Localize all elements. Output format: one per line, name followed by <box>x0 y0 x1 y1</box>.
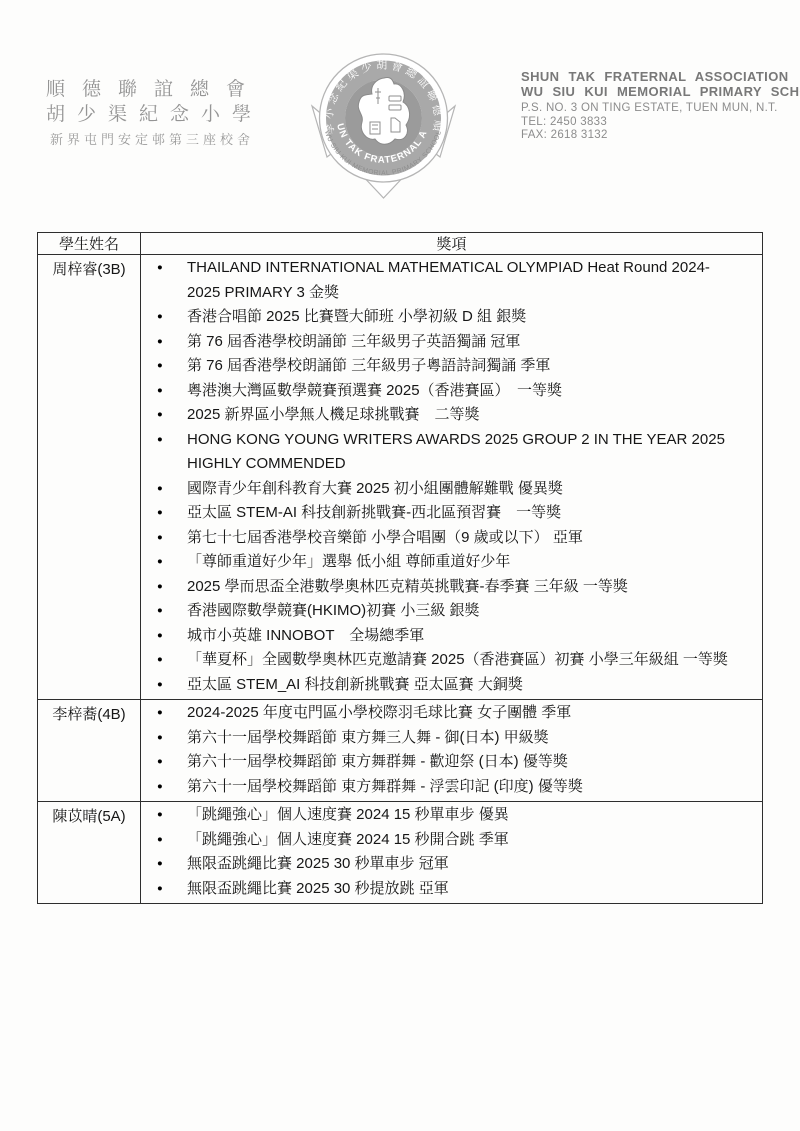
letterhead-english: SHUN TAK FRATERNAL ASSOCIATION WU SIU KU… <box>521 69 771 143</box>
column-header-student-name: 學生姓名 <box>38 233 141 255</box>
bullet-icon: ● <box>157 575 175 600</box>
award-text: 香港合唱節 2025 比賽暨大師班 小學初級 D 組 銀獎 <box>187 305 526 330</box>
award-item: ●國際青少年創科教育大賽 2025 初小組團體解難戰 優異獎 <box>141 477 756 502</box>
document-page: 順德聯誼總會 胡少渠紀念小學 新界屯門安定邨第三座校舍 <box>0 0 800 1131</box>
award-item: ●HONG KONG YOUNG WRITERS AWARDS 2025 GRO… <box>141 428 756 477</box>
award-text: 亞太區 STEM_AI 科技創新挑戰賽 亞太區賽 大銅獎 <box>187 673 523 698</box>
bullet-icon: ● <box>157 330 175 355</box>
award-text: 亞太區 STEM-AI 科技創新挑戰賽-西北區預習賽 一等獎 <box>187 501 561 526</box>
bullet-icon: ● <box>157 477 175 502</box>
award-item: ●粵港澳大灣區數學競賽預選賽 2025（香港賽區） 一等獎 <box>141 379 756 404</box>
award-item: ●第 76 屆香港學校朗誦節 三年級男子粵語詩詞獨誦 季軍 <box>141 354 756 379</box>
bullet-icon: ● <box>157 648 175 673</box>
school-name-en-line2: WU SIU KUI MEMORIAL PRIMARY SCHOOL <box>521 84 771 99</box>
award-text: 無限盃跳繩比賽 2025 30 秒單車步 冠軍 <box>187 852 449 877</box>
school-address-en: P.S. NO. 3 ON TING ESTATE, TUEN MUN, N.T… <box>521 102 771 116</box>
award-item: ●無限盃跳繩比賽 2025 30 秒單車步 冠軍 <box>141 852 756 877</box>
award-item: ●亞太區 STEM_AI 科技創新挑戰賽 亞太區賽 大銅獎 <box>141 673 756 698</box>
award-item: ●「跳繩強心」個人速度賽 2024 15 秒開合跳 季軍 <box>141 828 756 853</box>
bullet-icon: ● <box>157 501 175 526</box>
award-item: ●香港國際數學競賽(HKIMO)初賽 小三級 銀獎 <box>141 599 756 624</box>
bullet-icon: ● <box>157 305 175 330</box>
award-text: 「尊師重道好少年」選舉 低小組 尊師重道好少年 <box>187 550 510 575</box>
award-text: THAILAND INTERNATIONAL MATHEMATICAL OLYM… <box>187 256 739 305</box>
award-text: 無限盃跳繩比賽 2025 30 秒提放跳 亞軍 <box>187 877 449 902</box>
bullet-icon: ● <box>157 775 175 800</box>
bullet-icon: ● <box>157 828 175 853</box>
award-item: ●第七十七屆香港學校音樂節 小學合唱團（9 歲或以下） 亞軍 <box>141 526 756 551</box>
table-header-row: 學生姓名 獎項 <box>38 233 763 255</box>
school-tel: TEL: 2450 3833 <box>521 116 771 130</box>
student-name: 周梓睿(3B) <box>38 255 141 700</box>
awards-table: 學生姓名 獎項 周梓睿(3B)●THAILAND INTERNATIONAL M… <box>37 232 763 904</box>
bullet-icon: ● <box>157 403 175 428</box>
school-logo-badge: 學小念紀渠少胡會總誼聯德順 SHUN TAK FRATERNAL ASSN WU… <box>296 44 472 204</box>
award-item: ●第六十一屆學校舞蹈節 東方舞三人舞 - 御(日本) 甲級獎 <box>141 726 756 751</box>
school-name-en-line1: SHUN TAK FRATERNAL ASSOCIATION <box>521 69 771 84</box>
award-text: 2025 學而思盃全港數學奧林匹克精英挑戰賽-春季賽 三年級 一等獎 <box>187 575 628 600</box>
awards-cell: ●「跳繩強心」個人速度賽 2024 15 秒單車步 優異●「跳繩強心」個人速度賽… <box>141 802 763 904</box>
bullet-icon: ● <box>157 550 175 575</box>
bullet-icon: ● <box>157 379 175 404</box>
school-address-zh: 新界屯門安定邨第三座校舍 <box>50 133 276 146</box>
award-text: 「跳繩強心」個人速度賽 2024 15 秒單車步 優異 <box>187 803 509 828</box>
award-text: 第六十一屆學校舞蹈節 東方舞三人舞 - 御(日本) 甲級獎 <box>187 726 549 751</box>
award-text: HONG KONG YOUNG WRITERS AWARDS 2025 GROU… <box>187 428 739 477</box>
awards-cell: ●2024-2025 年度屯門區小學校際羽毛球比賽 女子團體 季軍●第六十一屆學… <box>141 700 763 802</box>
bullet-icon: ● <box>157 852 175 877</box>
award-item: ●城市小英雄 INNOBOT 全場總季軍 <box>141 624 756 649</box>
bullet-icon: ● <box>157 750 175 775</box>
bullet-icon: ● <box>157 673 175 698</box>
table-row: 李梓蕎(4B)●2024-2025 年度屯門區小學校際羽毛球比賽 女子團體 季軍… <box>38 700 763 802</box>
award-text: 第 76 屆香港學校朗誦節 三年級男子粵語詩詞獨誦 季軍 <box>187 354 550 379</box>
bullet-icon: ● <box>157 726 175 751</box>
award-item: ●第六十一屆學校舞蹈節 東方舞群舞 - 歡迎祭 (日本) 優等獎 <box>141 750 756 775</box>
student-name: 陳苡晴(5A) <box>38 802 141 904</box>
bullet-icon: ● <box>157 701 175 726</box>
award-item: ●2024-2025 年度屯門區小學校際羽毛球比賽 女子團體 季軍 <box>141 701 756 726</box>
school-name-zh-line2: 胡少渠紀念小學 <box>46 105 276 124</box>
student-name: 李梓蕎(4B) <box>38 700 141 802</box>
award-text: 2024-2025 年度屯門區小學校際羽毛球比賽 女子團體 季軍 <box>187 701 571 726</box>
award-item: ●無限盃跳繩比賽 2025 30 秒提放跳 亞軍 <box>141 877 756 902</box>
bullet-icon: ● <box>157 526 175 551</box>
column-header-awards: 獎項 <box>141 233 763 255</box>
bullet-icon: ● <box>157 877 175 902</box>
award-item: ●亞太區 STEM-AI 科技創新挑戰賽-西北區預習賽 一等獎 <box>141 501 756 526</box>
table-row: 陳苡晴(5A)●「跳繩強心」個人速度賽 2024 15 秒單車步 優異●「跳繩強… <box>38 802 763 904</box>
award-item: ●第 76 屆香港學校朗誦節 三年級男子英語獨誦 冠軍 <box>141 330 756 355</box>
table-row: 周梓睿(3B)●THAILAND INTERNATIONAL MATHEMATI… <box>38 255 763 700</box>
award-item: ●2025 新界區小學無人機足球挑戰賽 二等獎 <box>141 403 756 428</box>
awards-cell: ●THAILAND INTERNATIONAL MATHEMATICAL OLY… <box>141 255 763 700</box>
award-text: 國際青少年創科教育大賽 2025 初小組團體解難戰 優異獎 <box>187 477 563 502</box>
award-text: 第六十一屆學校舞蹈節 東方舞群舞 - 歡迎祭 (日本) 優等獎 <box>187 750 568 775</box>
award-text: 城市小英雄 INNOBOT 全場總季軍 <box>187 624 424 649</box>
bullet-icon: ● <box>157 599 175 624</box>
awards-table-body: 周梓睿(3B)●THAILAND INTERNATIONAL MATHEMATI… <box>38 255 763 904</box>
bullet-icon: ● <box>157 354 175 379</box>
award-item: ●THAILAND INTERNATIONAL MATHEMATICAL OLY… <box>141 256 756 305</box>
school-name-zh-line1: 順德聯誼總會 <box>46 80 276 99</box>
award-text: 第七十七屆香港學校音樂節 小學合唱團（9 歲或以下） 亞軍 <box>187 526 583 551</box>
award-item: ●「尊師重道好少年」選舉 低小組 尊師重道好少年 <box>141 550 756 575</box>
letterhead-chinese: 順德聯誼總會 胡少渠紀念小學 新界屯門安定邨第三座校舍 <box>46 80 276 146</box>
award-item: ●香港合唱節 2025 比賽暨大師班 小學初級 D 組 銀獎 <box>141 305 756 330</box>
award-item: ●「華夏杯」全國數學奧林匹克邀請賽 2025（香港賽區）初賽 小學三年級組 一等… <box>141 648 756 673</box>
school-fax: FAX: 2618 3132 <box>521 129 771 143</box>
school-crest-icon: 學小念紀渠少胡會總誼聯德順 SHUN TAK FRATERNAL ASSN WU… <box>296 44 472 204</box>
award-item: ●「跳繩強心」個人速度賽 2024 15 秒單車步 優異 <box>141 803 756 828</box>
bullet-icon: ● <box>157 624 175 649</box>
bullet-icon: ● <box>157 256 175 305</box>
award-text: 香港國際數學競賽(HKIMO)初賽 小三級 銀獎 <box>187 599 480 624</box>
award-text: 粵港澳大灣區數學競賽預選賽 2025（香港賽區） 一等獎 <box>187 379 562 404</box>
award-item: ●2025 學而思盃全港數學奧林匹克精英挑戰賽-春季賽 三年級 一等獎 <box>141 575 756 600</box>
award-text: 2025 新界區小學無人機足球挑戰賽 二等獎 <box>187 403 480 428</box>
award-text: 第 76 屆香港學校朗誦節 三年級男子英語獨誦 冠軍 <box>187 330 520 355</box>
award-text: 「跳繩強心」個人速度賽 2024 15 秒開合跳 季軍 <box>187 828 509 853</box>
bullet-icon: ● <box>157 428 175 477</box>
bullet-icon: ● <box>157 803 175 828</box>
award-text: 「華夏杯」全國數學奧林匹克邀請賽 2025（香港賽區）初賽 小學三年級組 一等獎 <box>187 648 728 673</box>
award-item: ●第六十一屆學校舞蹈節 東方舞群舞 - 浮雲印記 (印度) 優等獎 <box>141 775 756 800</box>
award-text: 第六十一屆學校舞蹈節 東方舞群舞 - 浮雲印記 (印度) 優等獎 <box>187 775 583 800</box>
